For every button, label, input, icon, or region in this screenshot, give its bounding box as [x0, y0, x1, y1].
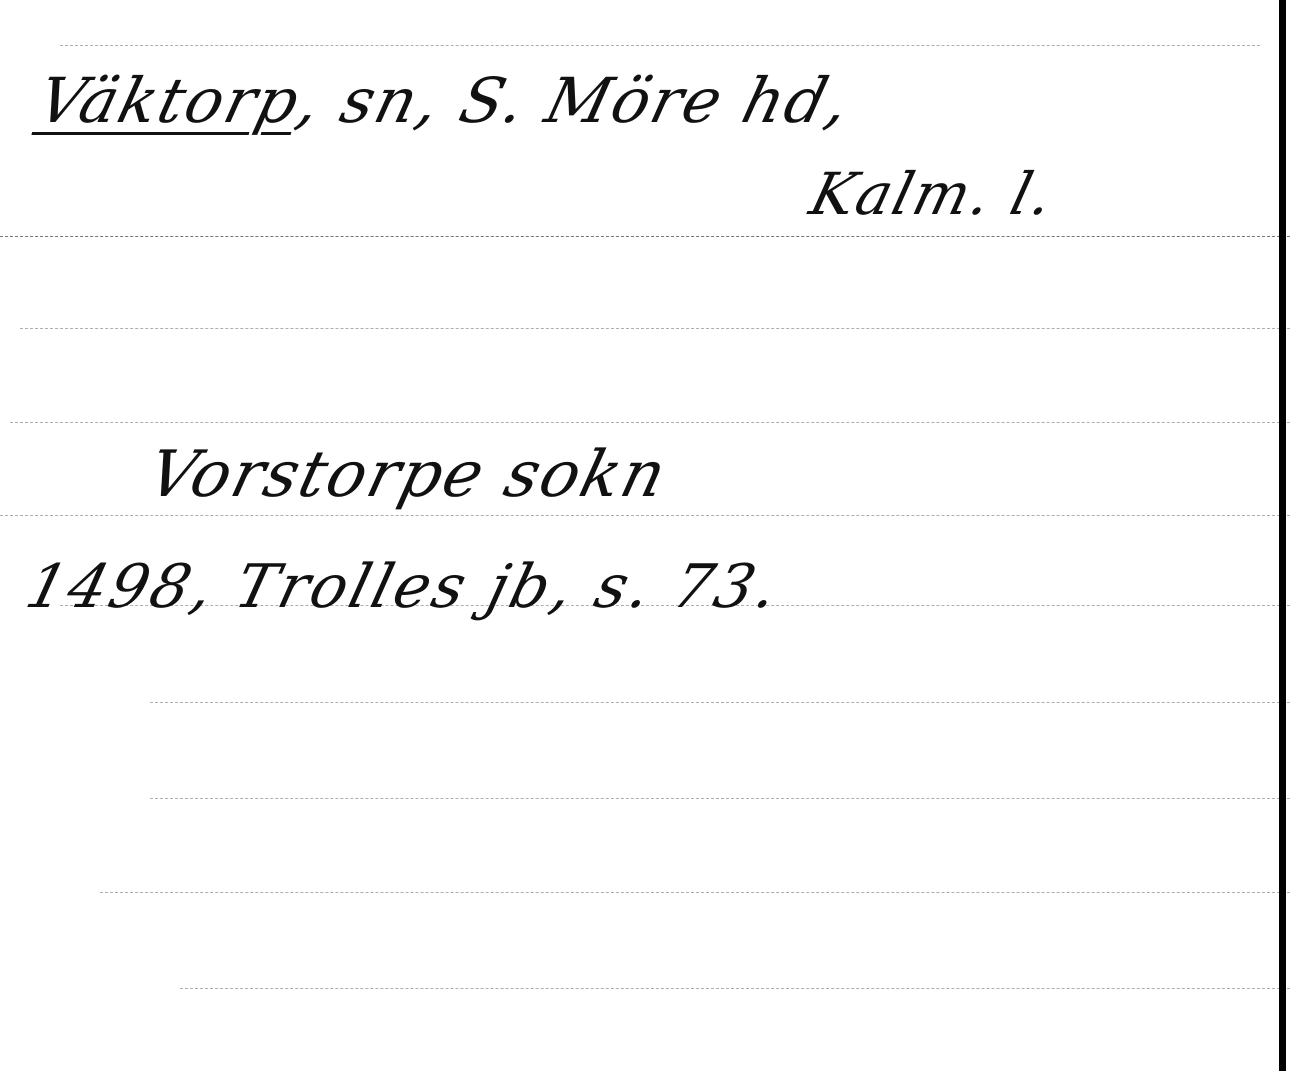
- county-abbreviation: Kalm. l.: [804, 160, 1062, 228]
- historic-form: Vorstorpe sokn: [141, 438, 675, 512]
- card-edge: [1279, 0, 1286, 1071]
- index-card: Väktorp, sn, S. Möre hd, Kalm. l. Vorsto…: [0, 0, 1312, 1071]
- ruled-line: [180, 988, 1290, 989]
- ruled-line: [100, 892, 1290, 893]
- ruled-line: [60, 45, 1260, 46]
- heading-line: Väktorp, sn, S. Möre hd,: [31, 64, 859, 137]
- ruled-line: [150, 702, 1290, 703]
- place-name: Väktorp: [31, 64, 308, 137]
- ruled-line: [20, 328, 1290, 329]
- source-citation: 1498, Trolles jb, s. 73.: [19, 552, 787, 622]
- heading-details: , sn, S. Möre hd,: [290, 64, 859, 137]
- ruled-line: [0, 236, 1290, 237]
- ruled-line: [150, 798, 1290, 799]
- ruled-line: [0, 515, 1290, 516]
- ruled-line: [10, 422, 1290, 423]
